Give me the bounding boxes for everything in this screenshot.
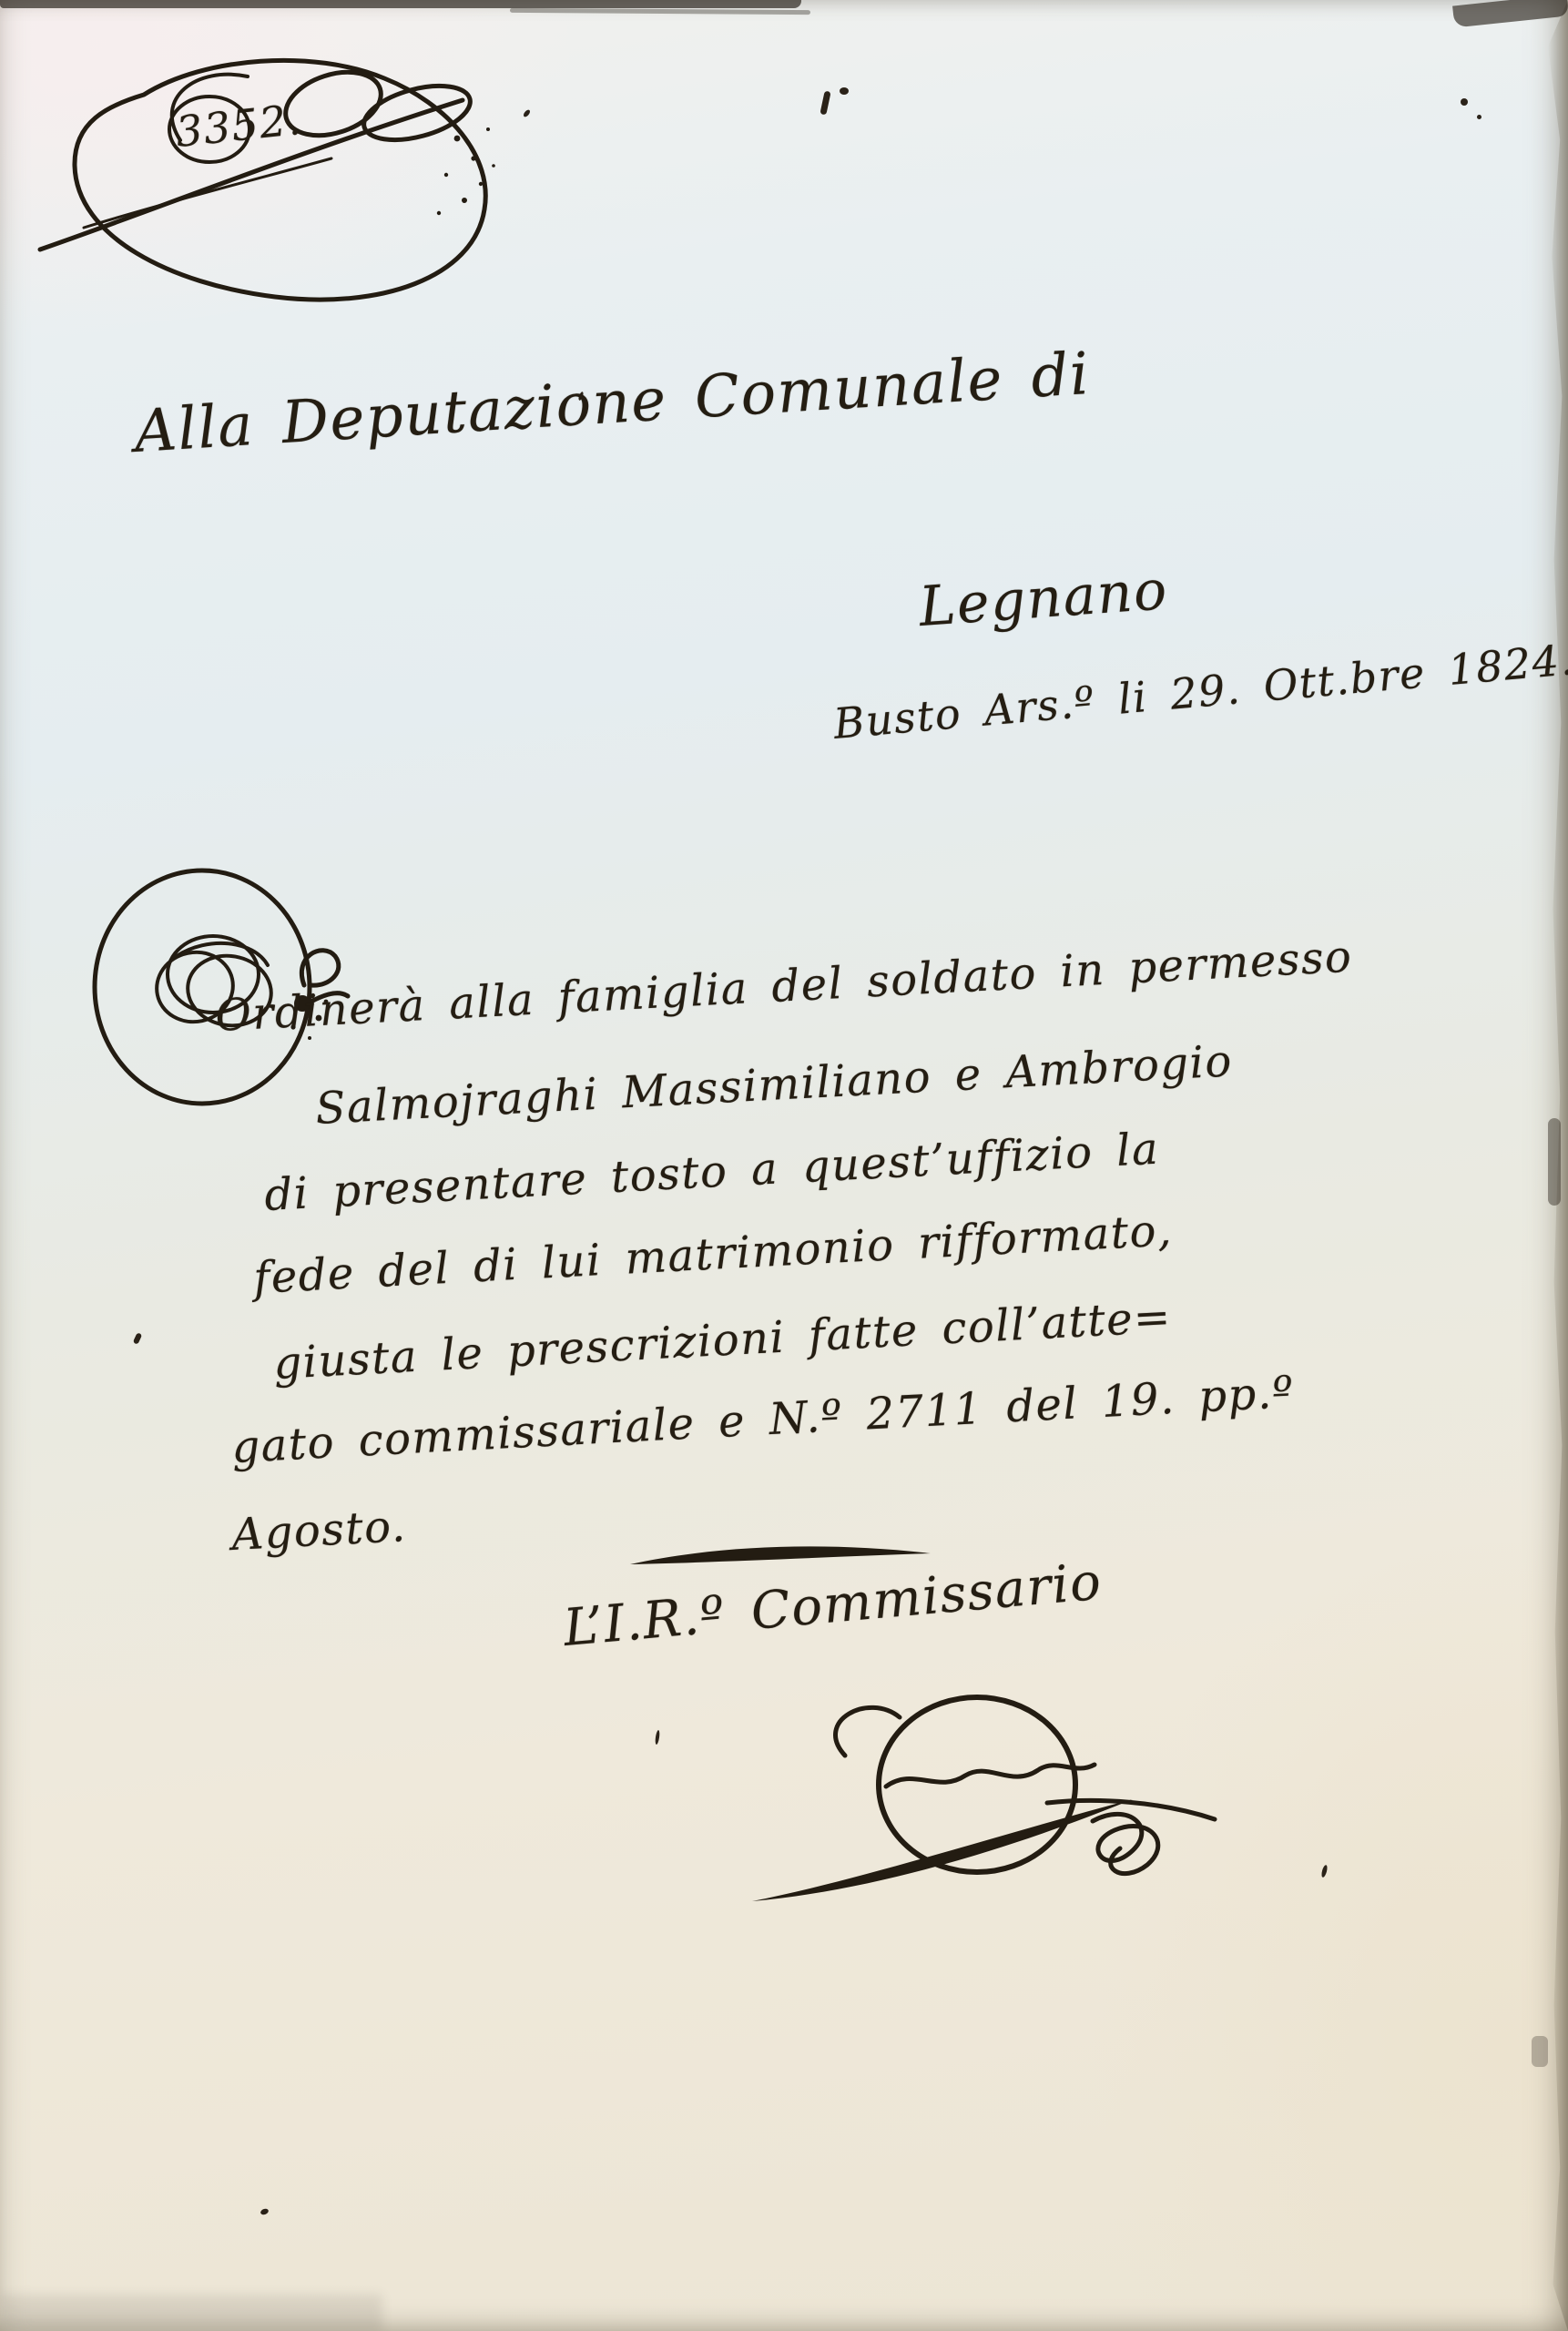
ink-speck	[1477, 115, 1481, 119]
right-edge-small-mark	[1532, 2036, 1548, 2067]
bottom-left-smudge	[0, 2295, 382, 2331]
top-right-corner-mark	[1452, 0, 1568, 28]
registration-flourish	[27, 20, 519, 321]
top-edge-faint-streak	[510, 8, 810, 15]
signature-flourish	[699, 1664, 1237, 1929]
closing-dash-flourish	[626, 1541, 936, 1570]
body-line: Salmojraghi Massimiliano e Ambrogio	[314, 1035, 1234, 1135]
ink-speck	[523, 108, 532, 117]
body-line: Agosto.	[230, 1501, 408, 1561]
ink-speck	[1461, 98, 1468, 106]
ink-speck	[840, 87, 849, 95]
body-line: giusta le prescrizioni fatte coll’atte=	[272, 1291, 1173, 1389]
address-line-2: Legnano	[917, 558, 1170, 639]
address-line-1: Alla Deputazione Comunale di	[132, 341, 1092, 466]
right-edge-mark	[1548, 1118, 1561, 1206]
body-line: Ordinerà alla famiglia del soldato in pe…	[214, 931, 1354, 1042]
ink-speck	[820, 91, 830, 116]
ink-speck	[133, 1332, 143, 1344]
dateline: Busto Ars.º li 29. Ott.bre 1824.	[831, 635, 1568, 748]
body-line: fede del di lui matrimonio rifformato,	[252, 1205, 1174, 1304]
letter-page: 3352. Alla Deputazione Comunale di Legna…	[0, 0, 1568, 2331]
ink-speck	[260, 2208, 270, 2216]
ink-speck	[655, 1730, 660, 1745]
body-line: di presentare tosto a quest’uffizio la	[263, 1124, 1160, 1221]
ink-speck	[1320, 1865, 1328, 1878]
top-edge-ink-streak	[0, 0, 801, 8]
